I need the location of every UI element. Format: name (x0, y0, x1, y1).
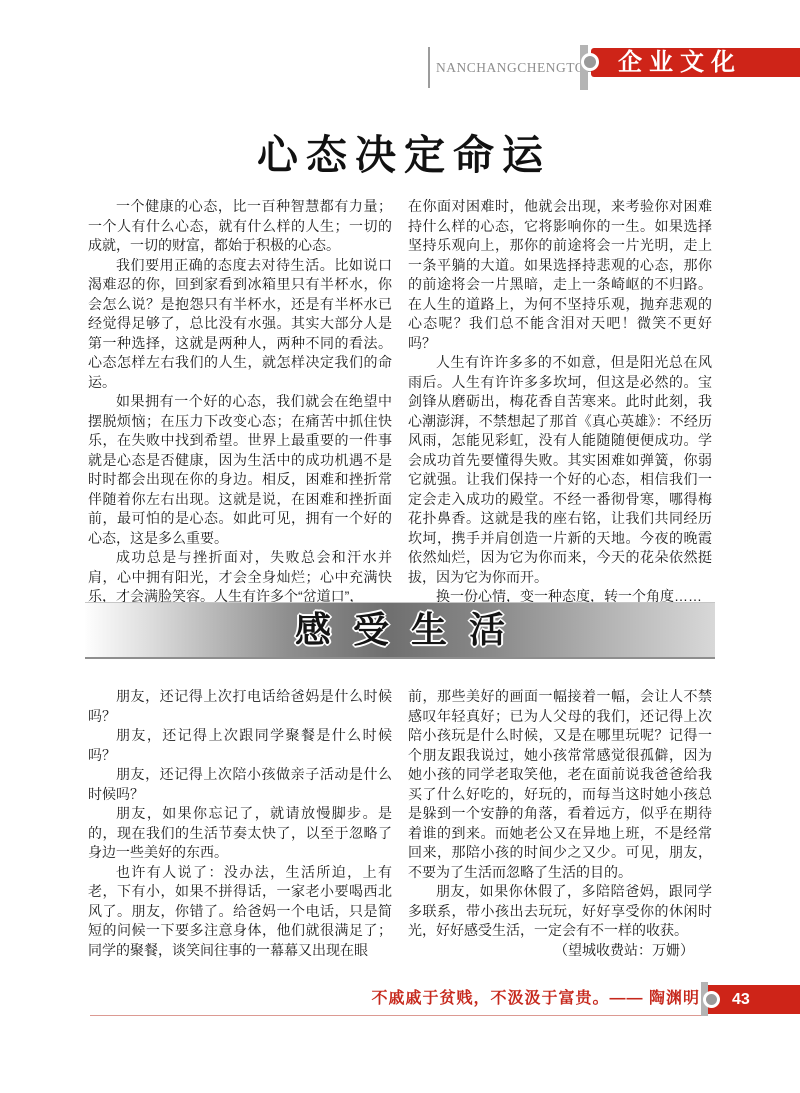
paragraph: 一个健康的心态，比一百种智慧都有力量；一个人有什么心态，就有什么样的人生；一切的… (88, 197, 392, 256)
article2-right-column: 前，那些美好的画面一幅接着一幅，会让人不禁感叹年轻真好；已为人父母的我们，还记得… (408, 687, 712, 960)
header-ring-icon (581, 53, 599, 71)
article1-columns: 一个健康的心态，比一百种智慧都有力量；一个人有什么心态，就有什么样的人生；一切的… (88, 197, 712, 607)
paragraph: 我们要用正确的态度去对待生活。比如说口渴难忍的你，回到家看到冰箱里只有半杯水，你… (88, 256, 392, 393)
article2-title-banner: 感受生活 (85, 602, 715, 659)
magazine-page: NANCHANGCHENGTOU 企业文化 心态决定命运 一个健康的心态，比一百… (0, 0, 800, 1093)
footer-ring-icon (703, 991, 720, 1008)
article2-columns: 朋友，还记得上次打电话给爸妈是什么时候吗？朋友，还记得上次跟同学聚餐是什么时候吗… (88, 687, 712, 960)
masthead-divider-line (428, 47, 430, 88)
article1-title: 心态决定命运 (0, 122, 800, 181)
article2-title: 感受生活 (85, 603, 715, 657)
paragraph: 朋友，还记得上次陪小孩做亲子活动是什么时候吗？ (88, 765, 392, 804)
paragraph: 人生有许许多多的不如意，但是阳光总在风雨后。人生有许许多多坎坷，但这是必然的。宝… (408, 353, 712, 587)
footer-rule-line (90, 1015, 702, 1016)
paragraph: 也许有人说了：没办法，生活所迫，上有老，下有小，如果不拼得话，一家老小要喝西北风… (88, 863, 392, 961)
article1-right-column: 在你面对困难时，他就会出现，来考验你对困难持什么样的心态，它将影响你的一生。如果… (408, 197, 712, 607)
article2-left-column: 朋友，还记得上次打电话给爸妈是什么时候吗？朋友，还记得上次跟同学聚餐是什么时候吗… (88, 687, 392, 960)
paragraph: 朋友，如果你休假了，多陪陪爸妈，跟同学多联系，带小孩出去玩玩，好好享受你的休闲时… (408, 882, 712, 941)
paragraph: 朋友，还记得上次打电话给爸妈是什么时候吗？ (88, 687, 392, 726)
paragraph: 前，那些美好的画面一幅接着一幅，会让人不禁感叹年轻真好；已为人父母的我们，还记得… (408, 687, 712, 882)
masthead-name: NANCHANGCHENGTOU (436, 47, 595, 88)
paragraph: （望城收费站：万姗） (408, 941, 712, 961)
paragraph: 如果拥有一个好的心态，我们就会在绝望中摆脱烦恼；在压力下改变心态；在痛苦中抓住快… (88, 392, 392, 548)
paragraph: 朋友，还记得上次跟同学聚餐是什么时候吗？ (88, 726, 392, 765)
article1-left-column: 一个健康的心态，比一百种智慧都有力量；一个人有什么心态，就有什么样的人生；一切的… (88, 197, 392, 607)
paragraph: 成功总是与挫折面对，失败总会和汗水并肩，心中拥有阳光，才会全身灿烂；心中充满快乐… (88, 548, 392, 607)
paragraph: 朋友，如果你忘记了，就请放慢脚步。是的，现在我们的生活节奏太快了，以至于忽略了身… (88, 804, 392, 863)
page-number-banner: 43 (708, 985, 800, 1014)
footer-quote: 不戚戚于贫贱，不汲汲于富贵。—— 陶渊明 (0, 985, 700, 1008)
paragraph: 在你面对困难时，他就会出现，来考验你对困难持什么样的心态，它将影响你的一生。如果… (408, 197, 712, 353)
section-banner: 企业文化 (591, 48, 800, 77)
